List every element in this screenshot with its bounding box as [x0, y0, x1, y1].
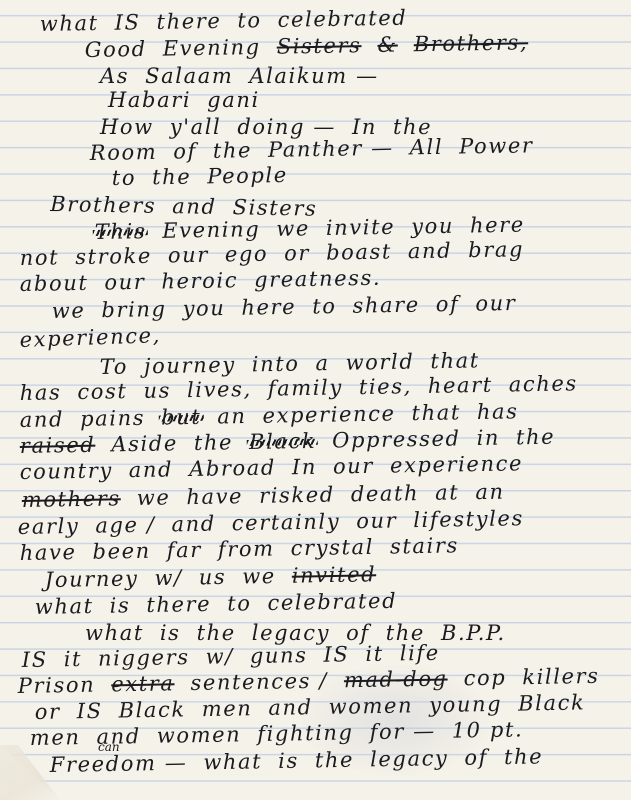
word: Alaikum — — [249, 66, 378, 87]
word: the — [315, 750, 355, 772]
word: aches — [509, 373, 578, 395]
word: stroke — [75, 246, 152, 268]
word: Evening — [163, 37, 261, 60]
word: the — [504, 746, 544, 768]
word: young — [429, 694, 502, 716]
word: Evening — [162, 219, 260, 242]
word: legacy — [370, 748, 449, 770]
word: country — [20, 460, 113, 483]
word: and — [20, 409, 65, 431]
crossed-out-word: Brothers, — [414, 32, 529, 55]
word: Good — [85, 39, 147, 61]
word: certainly — [232, 511, 341, 534]
word: the — [194, 432, 234, 454]
word: pains — [80, 408, 145, 430]
word: How — [100, 117, 154, 138]
word: life — [400, 643, 440, 665]
word: celebrated — [267, 591, 397, 614]
word: 10 pt. — [452, 719, 524, 741]
word: y'all — [170, 117, 222, 138]
word: been — [92, 541, 151, 563]
word: from — [218, 539, 275, 561]
word: and — [408, 240, 453, 262]
word: Panther — — [268, 138, 394, 161]
word: Aside — [111, 433, 178, 455]
word: women — [328, 695, 413, 717]
crossed-out-word: Sisters — [277, 35, 362, 57]
word: and — [268, 697, 313, 719]
word: In — [292, 457, 317, 478]
word: an — [217, 406, 247, 428]
word: cop — [463, 667, 506, 689]
word: what — [85, 623, 144, 644]
word: we — [137, 487, 171, 509]
word: here — [470, 214, 525, 236]
word: age / — [95, 515, 156, 537]
word: IS — [77, 701, 103, 722]
word: into — [252, 354, 300, 376]
word: risked — [259, 485, 335, 507]
handwritten-line: whatisthelegacyoftheB.P.P. — [85, 623, 522, 644]
word: that — [411, 402, 461, 424]
word: death — [351, 483, 420, 505]
crossed-out-word: & — [377, 35, 398, 56]
word: far — [167, 540, 203, 562]
word: to — [112, 168, 137, 189]
word: the — [213, 140, 253, 162]
word: To — [100, 357, 129, 378]
word: niggers — [98, 647, 190, 670]
word: IS — [114, 12, 140, 33]
word: cost — [77, 381, 127, 403]
word: stairs — [390, 535, 459, 557]
word: what — [40, 13, 99, 35]
handwritten-line: Habarigani — [108, 90, 276, 111]
word: or — [284, 243, 310, 264]
crossed-out-word: This — [95, 221, 147, 243]
word: heroic — [161, 270, 238, 292]
word: the — [516, 427, 556, 449]
word: or — [35, 702, 61, 723]
word: of — [346, 623, 370, 644]
word: Room — [90, 142, 158, 164]
word: you — [411, 216, 454, 238]
word: boast — [326, 242, 392, 264]
word: All — [410, 137, 444, 159]
word: greatness. — [254, 268, 381, 291]
word: of — [173, 141, 197, 162]
word: Brothers — [50, 194, 156, 217]
word: of — [436, 294, 460, 315]
word: As — [100, 66, 129, 87]
word: sentences / — [190, 671, 328, 694]
word: have — [20, 542, 77, 564]
word: w/ — [154, 568, 183, 589]
word: share — [352, 295, 420, 317]
word: that — [430, 350, 480, 372]
word: to — [237, 10, 262, 31]
word: is — [278, 751, 299, 772]
word: about — [20, 273, 89, 295]
crossed-out-word: raised — [20, 435, 96, 457]
word: women — [157, 724, 242, 746]
word: is — [109, 595, 130, 616]
word: not — [20, 247, 60, 269]
word: men — [202, 698, 253, 720]
word: of — [464, 747, 488, 768]
word: early — [18, 516, 80, 538]
word: what — [203, 751, 262, 773]
word: Salaam — [145, 66, 233, 87]
inserted-word: can — [98, 740, 120, 754]
word: the — [152, 167, 192, 189]
word: celebrated — [278, 8, 408, 31]
word: Abroad — [189, 458, 276, 481]
word: it — [64, 649, 83, 670]
word: heart — [428, 375, 493, 397]
word: there — [146, 594, 211, 616]
word: Freedom — — [50, 753, 188, 776]
word: Journey — [45, 568, 139, 591]
word: here — [241, 297, 296, 319]
word: fighting — [257, 722, 354, 745]
word: killers — [522, 666, 600, 688]
word: has — [477, 401, 519, 423]
word: and — [129, 459, 174, 481]
word: a — [315, 353, 329, 374]
crossed-out-word: extra — [111, 673, 175, 695]
word: bring — [101, 299, 167, 321]
word: have — [186, 486, 243, 508]
word: at — [435, 482, 460, 503]
crossed-out-word: but — [161, 407, 202, 429]
word: for — — [369, 721, 435, 743]
word: is — [160, 623, 181, 644]
word: world — [345, 352, 414, 374]
crossed-out-word: Black — [249, 431, 317, 453]
word: we — [242, 566, 276, 588]
word: it — [365, 644, 384, 665]
word: gani — [207, 90, 260, 111]
word: legacy — [252, 623, 330, 644]
word: men — [30, 727, 81, 749]
word: we — [276, 218, 310, 240]
word: our — [475, 293, 516, 315]
word: Habari — [108, 90, 191, 111]
word: you — [182, 298, 225, 320]
word: Prison — [18, 675, 96, 697]
word: experience — [390, 453, 523, 476]
word: In — [352, 117, 377, 138]
word: to — [227, 593, 252, 614]
word: lifestyles — [413, 508, 524, 531]
word: guns — [250, 645, 308, 667]
word: us — [199, 567, 227, 588]
word: an — [475, 482, 505, 504]
word: and — [172, 196, 217, 218]
crossed-out-word: invited — [292, 564, 377, 586]
word: invite — [326, 217, 396, 239]
handwritten-line: experience, — [19, 325, 177, 351]
word: Black — [118, 699, 186, 721]
word: experience — [262, 403, 395, 426]
word: the — [197, 623, 236, 644]
word: what — [35, 596, 94, 618]
word: we — [52, 300, 86, 322]
word: Oppressed — [332, 428, 461, 451]
word: lives, — [187, 379, 252, 401]
word: us — [143, 380, 171, 401]
word: our — [333, 456, 374, 478]
word: w/ — [205, 646, 234, 667]
word: there — [156, 11, 221, 33]
word: crystal — [290, 537, 374, 559]
word: B.P.P. — [441, 623, 506, 644]
handwritten-line: tothePeople — [112, 165, 304, 189]
handwritten-line: AsSalaamAlaikum — — [100, 66, 395, 87]
word: experience, — [19, 325, 161, 351]
word: doing — — [237, 117, 336, 138]
word: our — [168, 245, 209, 267]
word: ties, — [359, 376, 412, 398]
word: People — [207, 165, 288, 187]
word: and — [171, 514, 216, 536]
word: our — [104, 272, 145, 294]
word: brag — [468, 239, 524, 261]
word: Black — [518, 692, 586, 714]
word: ego — [225, 244, 269, 266]
word: Power — [459, 135, 534, 157]
word: has — [20, 382, 62, 404]
word: our — [356, 510, 397, 532]
word: to — [312, 296, 337, 317]
word: journey — [144, 355, 236, 378]
crossed-out-word: mothers — [22, 488, 121, 511]
crossed-out-word: mad-dog — [344, 669, 448, 692]
word: in — [476, 428, 500, 449]
word: family — [268, 377, 343, 399]
word: IS — [22, 650, 48, 671]
word: IS — [323, 644, 349, 665]
handwritten-line: Howy'alldoing —Inthe — [100, 117, 448, 138]
